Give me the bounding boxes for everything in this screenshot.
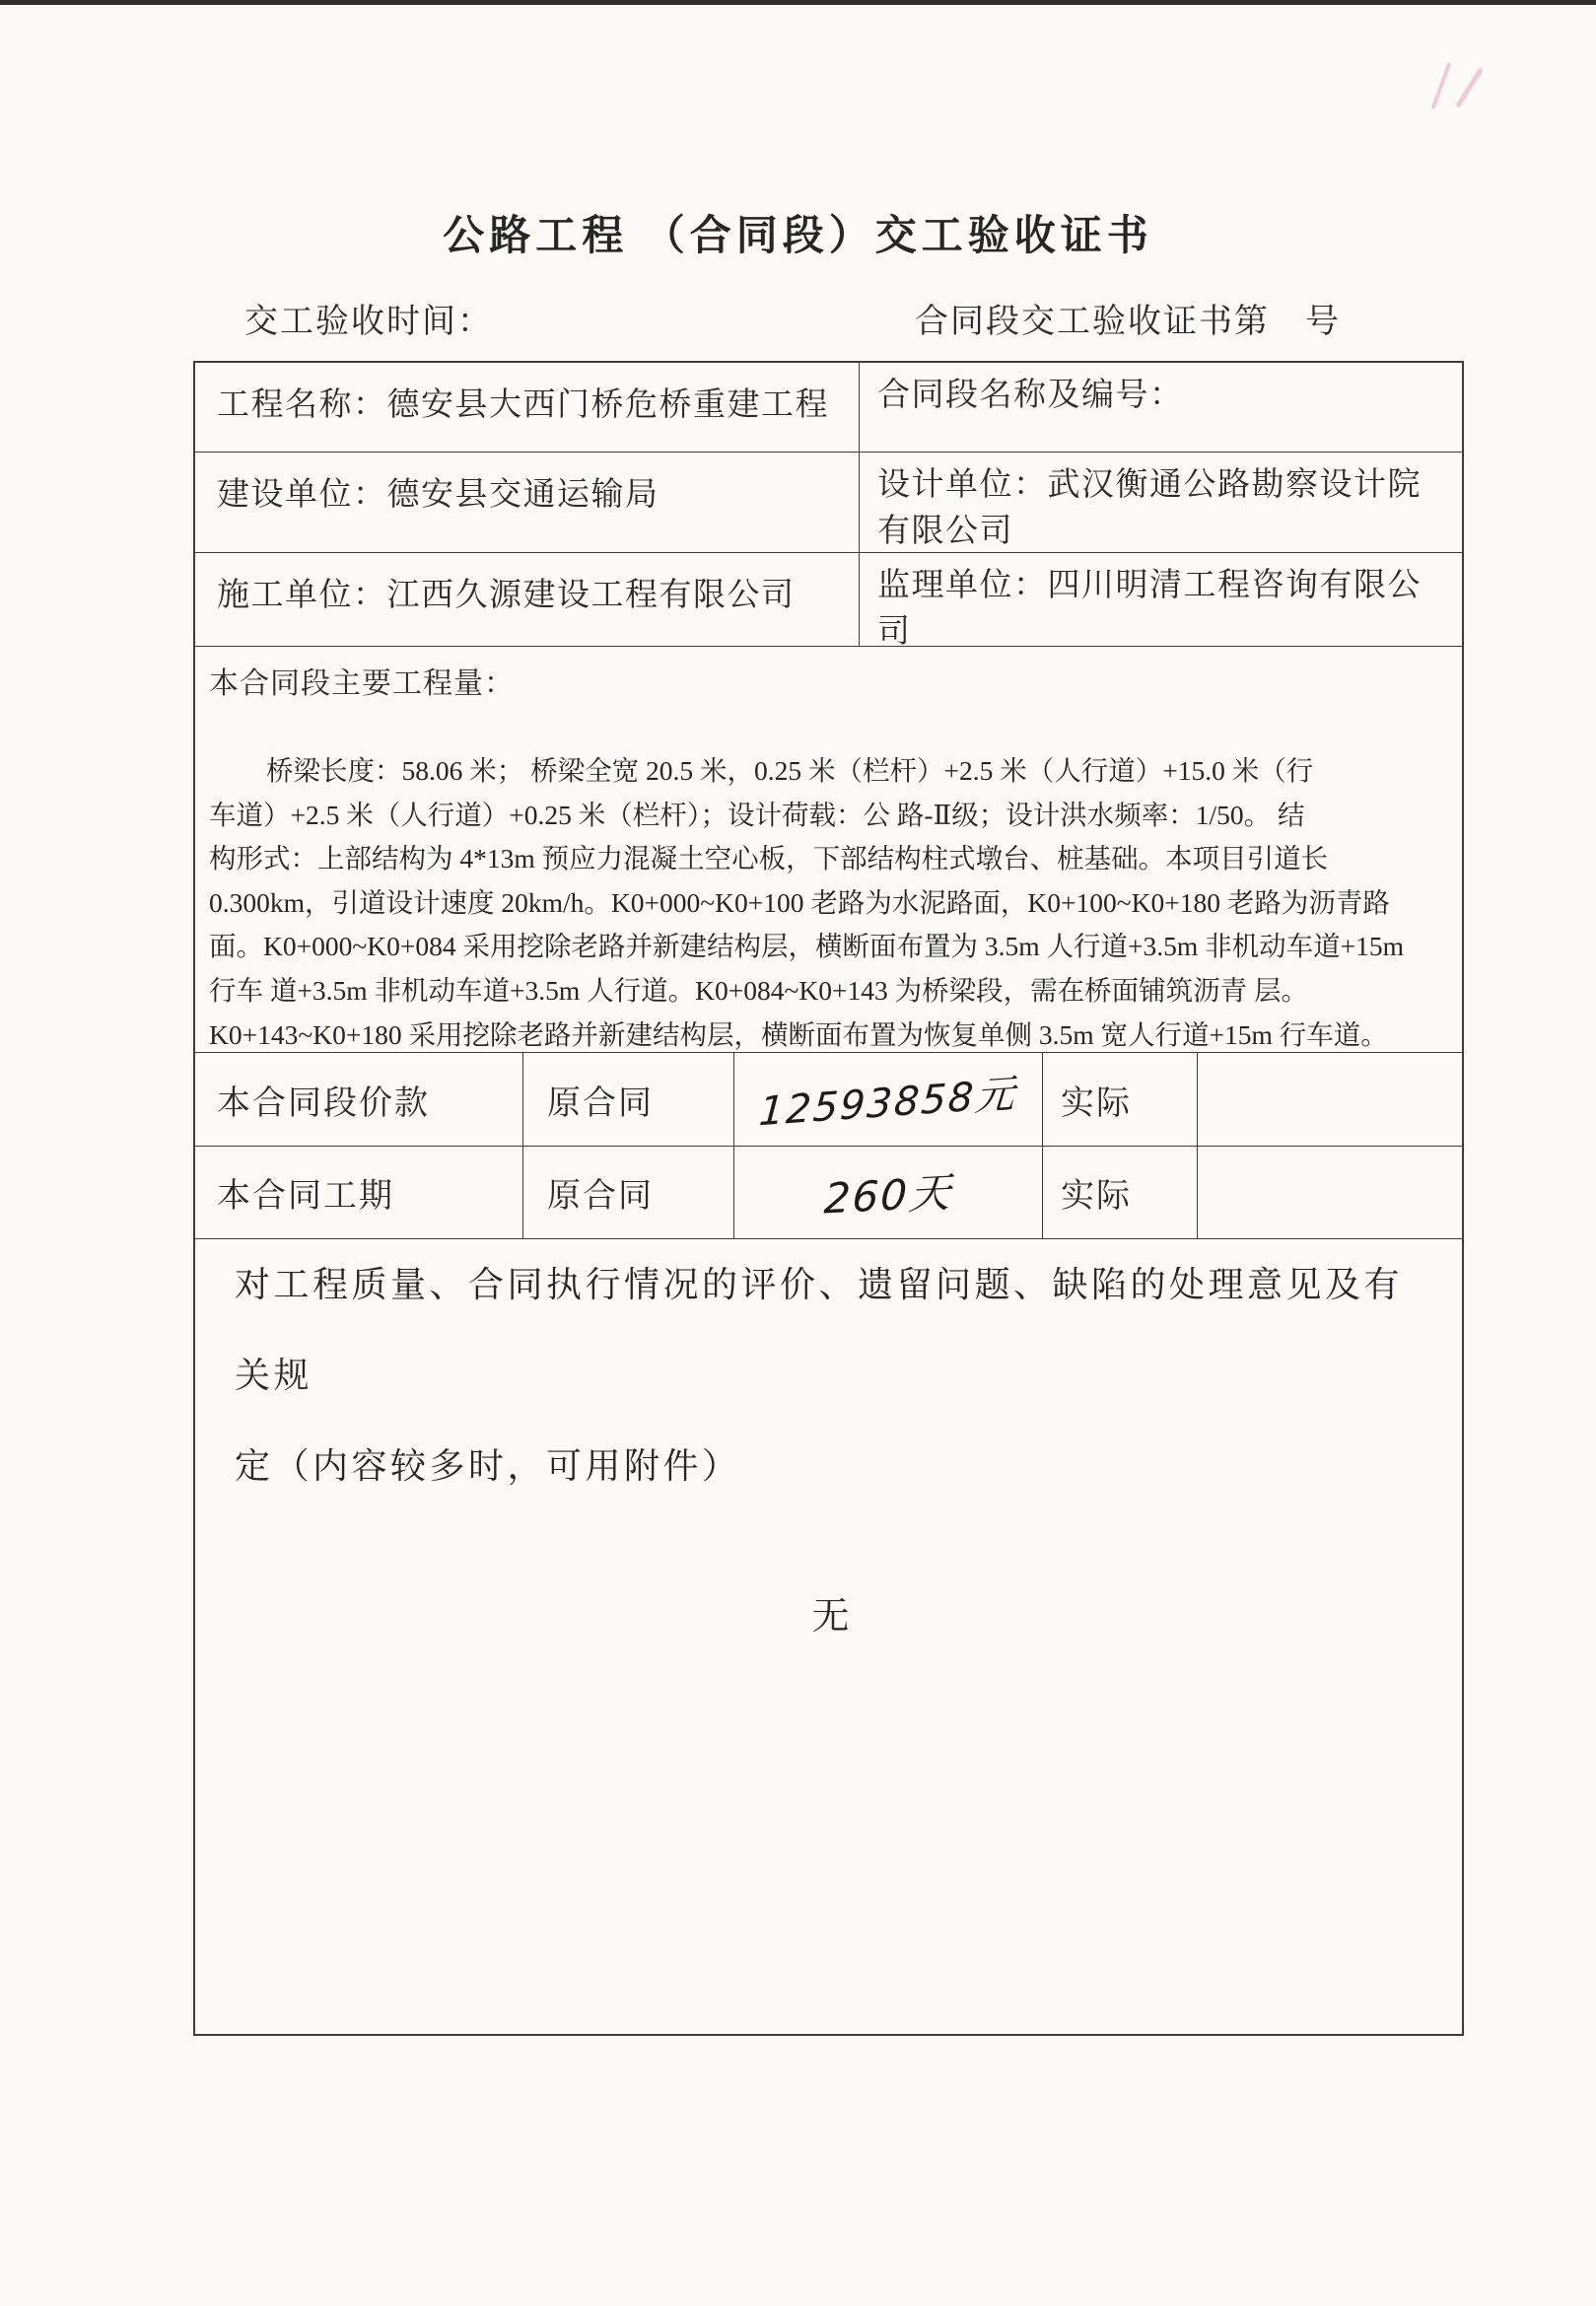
contract-section-cell: 合同段名称及编号： xyxy=(860,363,1462,452)
handwritten-duration: 260天 xyxy=(822,1159,953,1225)
designer-cell: 设计单位：武汉衡通公路勘察设计院有限公司 xyxy=(860,453,1462,552)
pen-stroke xyxy=(1455,67,1484,108)
faint-pen-mark xyxy=(1427,59,1500,120)
pen-stroke xyxy=(1431,62,1452,109)
duration-label-cell: 本合同工期 xyxy=(195,1147,523,1238)
owner-cell: 建设单位：德安县交通运输局 xyxy=(195,453,860,552)
quantities-paragraph: 桥梁长度：58.06 米； 桥梁全宽 20.5 米，0.25 米（栏杆）+2.5… xyxy=(209,749,1452,1052)
project-name-cell: 工程名称：德安县大西门桥危桥重建工程 xyxy=(195,363,860,452)
table-row-project: 工程名称：德安县大西门桥危桥重建工程 合同段名称及编号： xyxy=(195,363,1462,453)
quantities-block: 本合同段主要工程量： 桥梁长度：58.06 米； 桥梁全宽 20.5 米，0.2… xyxy=(195,647,1462,1052)
certificate-table: 工程名称：德安县大西门桥危桥重建工程 合同段名称及编号： 建设单位：德安县交通运… xyxy=(193,361,1464,2036)
duration-actual-value-cell xyxy=(1198,1147,1462,1238)
remarks-heading-line: 对工程质量、合同执行情况的评价、遗留问题、缺陷的处理意见及有关规 xyxy=(235,1239,1426,1421)
supervisor-cell: 监理单位：四川明清工程咨询有限公司 xyxy=(860,553,1462,646)
quantities-line: 行车 道+3.5m 非机动车道+3.5m 人行道。K0+084~K0+143 为… xyxy=(209,969,1452,1013)
price-original-value-cell: 12593858元 xyxy=(734,1053,1043,1146)
document-title: 公路工程 （合同段）交工验收证书 xyxy=(0,203,1596,262)
remarks-content: 无 xyxy=(235,1585,1426,1640)
table-row-remarks: 对工程质量、合同执行情况的评价、遗留问题、缺陷的处理意见及有关规 定（内容较多时… xyxy=(195,1239,1462,2034)
price-actual-value-cell xyxy=(1198,1053,1462,1146)
quantities-line: 构形式：上部结构为 4*13m 预应力混凝土空心板，下部结构柱式墩台、桩基础。本… xyxy=(209,837,1452,881)
meta-row: 交工验收时间： 合同段交工验收证书第 号 xyxy=(0,294,1596,343)
quantities-line: 车道）+2.5 米（人行道）+0.25 米（栏杆）；设计荷载：公 路-Ⅱ级；设计… xyxy=(209,794,1452,838)
certificate-number-label: 合同段交工验收证书第 号 xyxy=(915,294,1341,342)
quantities-line: 0.300km，引道设计速度 20km/h。K0+000~K0+100 老路为水… xyxy=(209,881,1452,926)
quantities-line: 面。K0+000~K0+084 采用挖除老路并新建结构层，横断面布置为 3.5m… xyxy=(209,925,1452,969)
price-label-cell: 本合同段价款 xyxy=(195,1053,523,1146)
scan-edge-line xyxy=(0,0,1596,5)
duration-actual-label-cell: 实际 xyxy=(1043,1147,1198,1238)
price-actual-label-cell: 实际 xyxy=(1043,1053,1198,1146)
quantities-line: 桥梁长度：58.06 米； 桥梁全宽 20.5 米，0.25 米（栏杆）+2.5… xyxy=(209,749,1452,794)
acceptance-time-label: 交工验收时间： xyxy=(244,294,493,342)
duration-original-label-cell: 原合同 xyxy=(523,1147,734,1238)
table-row-contract-price: 本合同段价款 原合同 12593858元 实际 xyxy=(195,1053,1462,1147)
handwritten-price: 12593858元 xyxy=(758,1062,1019,1137)
contractor-cell: 施工单位：江西久源建设工程有限公司 xyxy=(195,553,860,646)
table-row-contract-duration: 本合同工期 原合同 260天 实际 xyxy=(195,1147,1462,1239)
table-row-quantities: 本合同段主要工程量： 桥梁长度：58.06 米； 桥梁全宽 20.5 米，0.2… xyxy=(195,647,1462,1053)
duration-original-value-cell: 260天 xyxy=(734,1147,1043,1238)
remarks-heading-line: 定（内容较多时，可用附件） xyxy=(235,1421,1426,1511)
table-row-contractor-supervisor: 施工单位：江西久源建设工程有限公司 监理单位：四川明清工程咨询有限公司 xyxy=(195,553,1462,647)
quantities-line: K0+143~K0+180 采用挖除老路并新建结构层，横断面布置为恢复单侧 3.… xyxy=(209,1013,1452,1052)
table-row-owner-designer: 建设单位：德安县交通运输局 设计单位：武汉衡通公路勘察设计院有限公司 xyxy=(195,453,1462,553)
scanned-document-page: 公路工程 （合同段）交工验收证书 交工验收时间： 合同段交工验收证书第 号 工程… xyxy=(0,0,1596,2306)
price-original-label-cell: 原合同 xyxy=(523,1053,734,1146)
remarks-block: 对工程质量、合同执行情况的评价、遗留问题、缺陷的处理意见及有关规 定（内容较多时… xyxy=(195,1239,1462,2034)
quantities-header: 本合同段主要工程量： xyxy=(209,659,1452,702)
